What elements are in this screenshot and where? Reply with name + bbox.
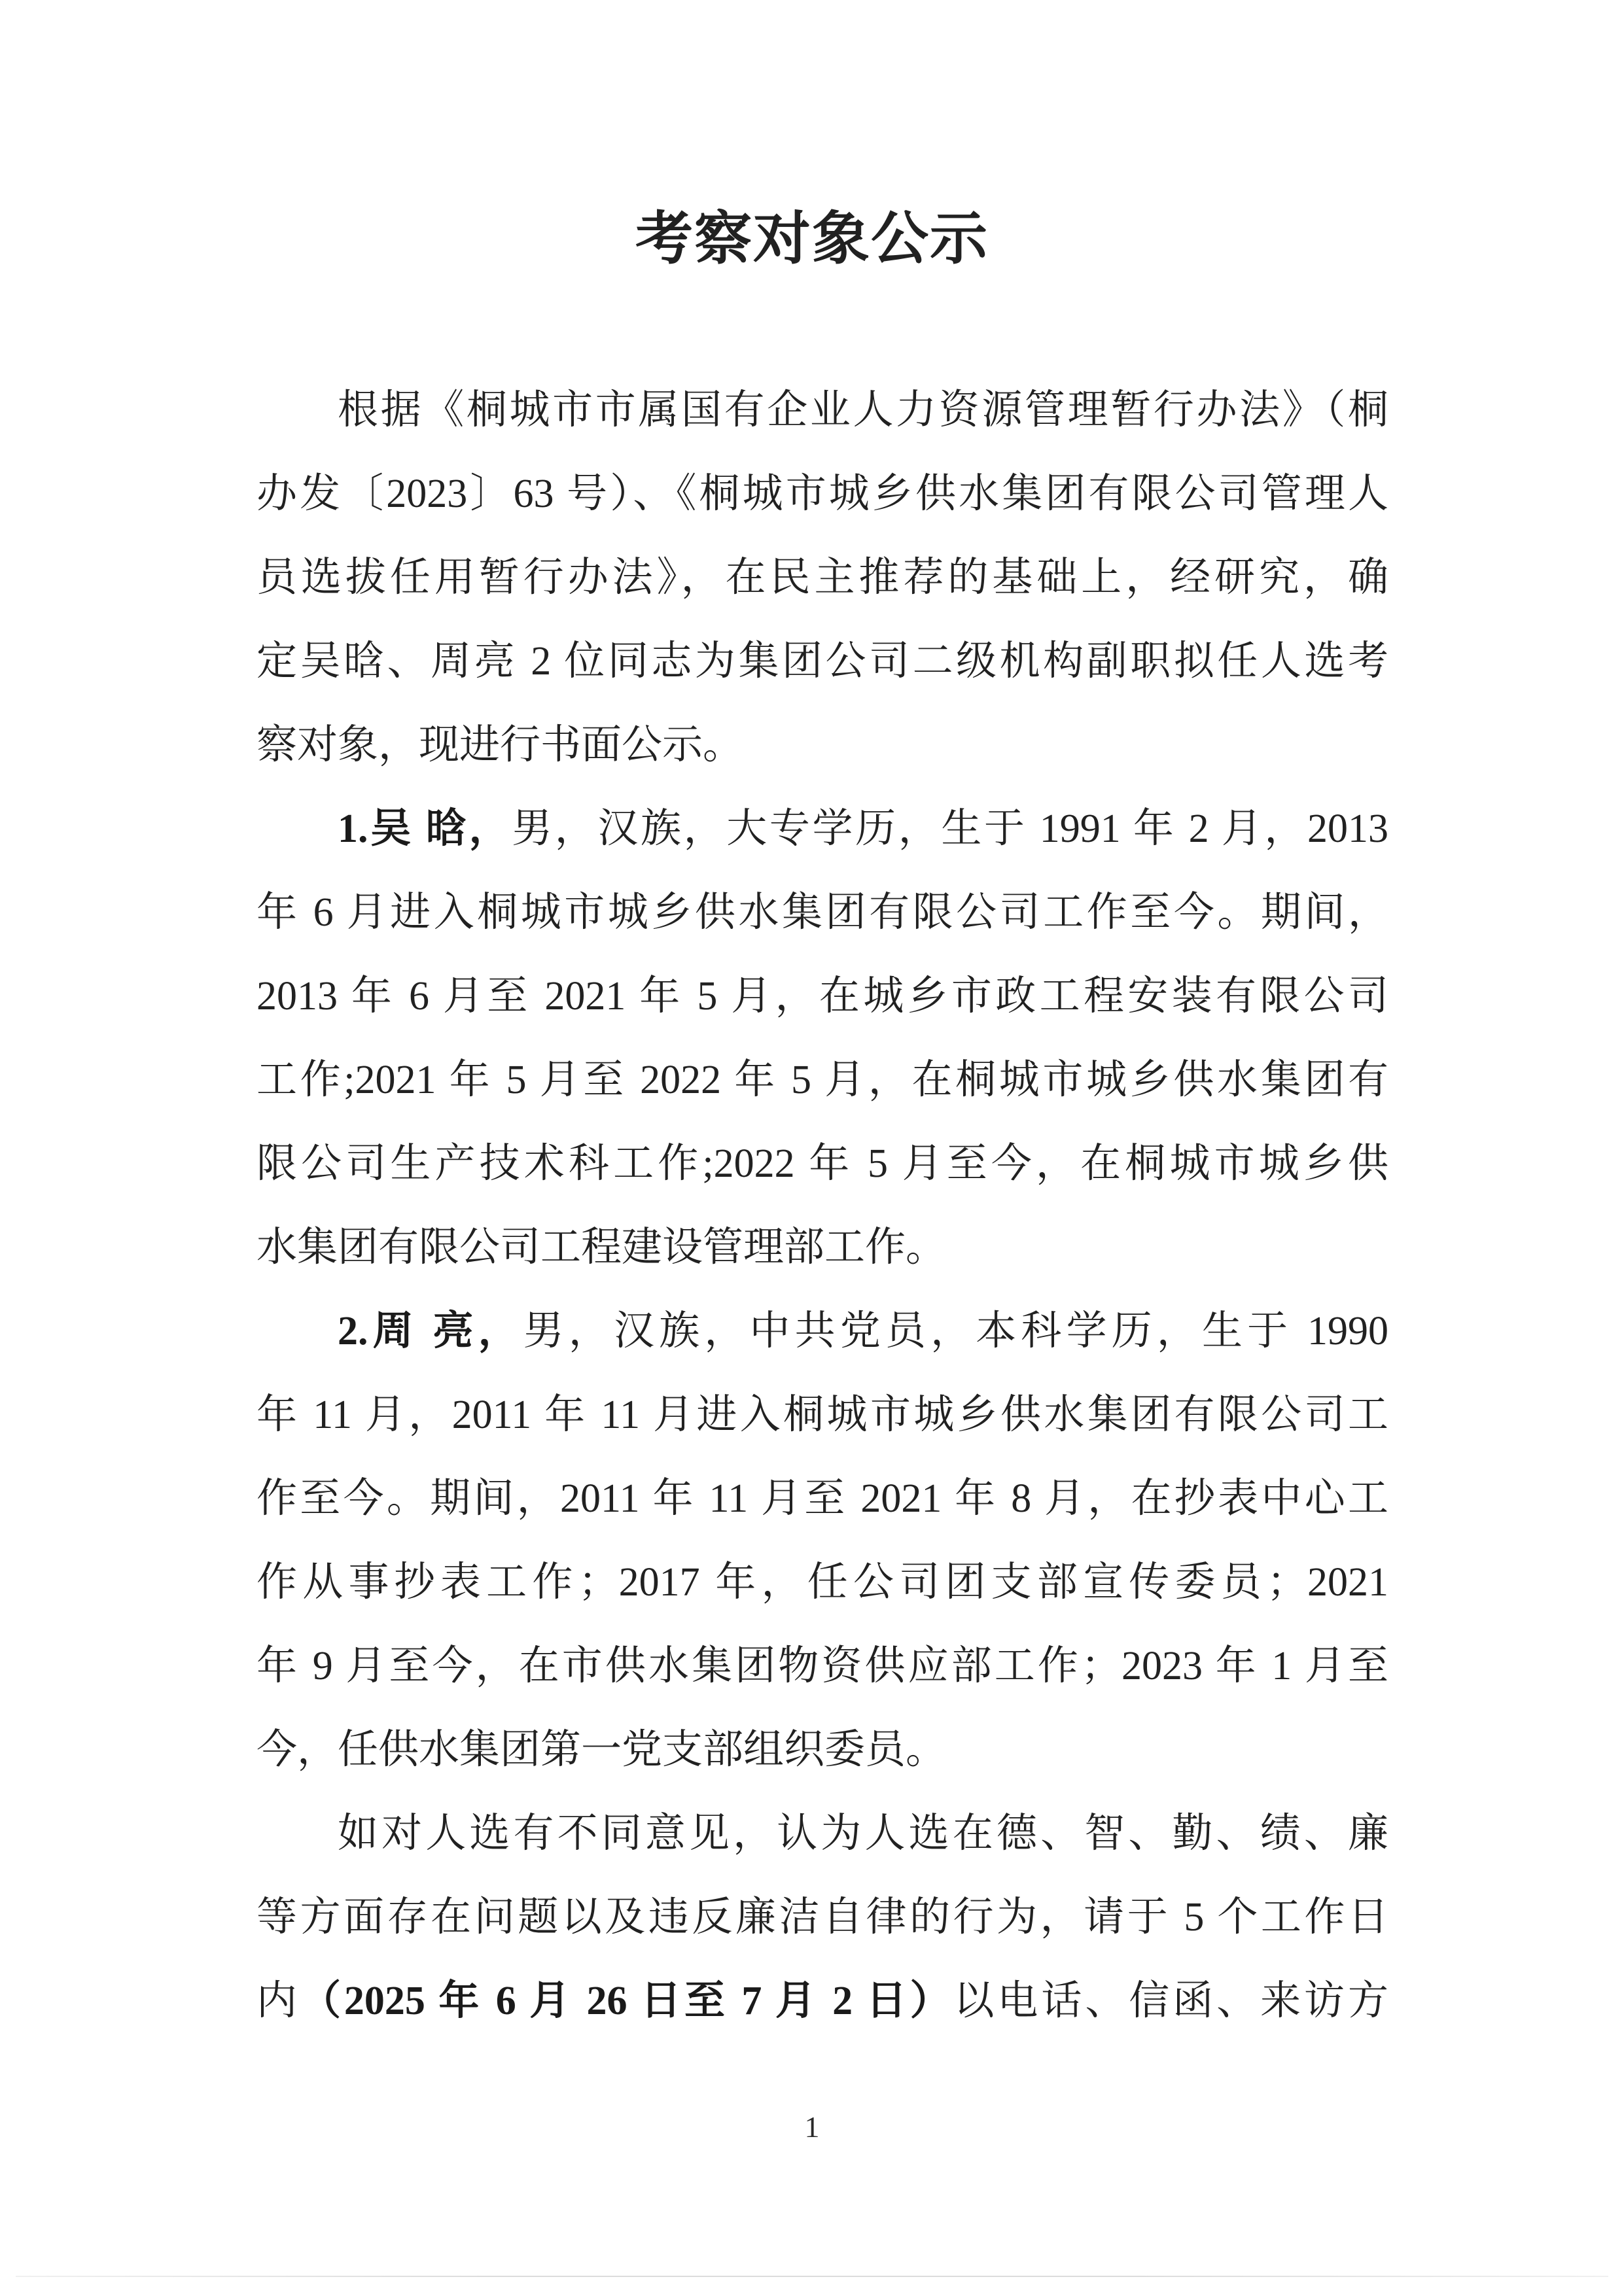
- text-line: 办发〔2023〕63 号）、《桐城市城乡供水集团有限公司管理人: [256, 452, 1388, 536]
- text-line: 1.吴 晗，男，汉族，大专学历，生于 1991 年 2 月，2013: [256, 787, 1388, 871]
- document-title: 考察对象公示: [0, 198, 1624, 283]
- text-segment: 员选拔任用暂行办法》，在民主推荐的基础上，经研究，确: [256, 555, 1388, 600]
- text-line: 根据《桐城市市属国有企业人力资源管理暂行办法》（桐: [256, 368, 1388, 452]
- text-segment: 办发〔2023〕63 号）、《桐城市城乡供水集团有限公司管理人: [256, 472, 1388, 516]
- bold-text-segment: （2025 年 6 月 26 日至 7 月 2 日）: [300, 1979, 954, 2023]
- text-segment: 今，任供水集团第一党支部组织委员。: [256, 1728, 946, 1772]
- text-segment: 定吴晗、周亮 2 位同志为集团公司二级机构副职拟任人选考: [256, 639, 1388, 684]
- text-segment: 内: [256, 1979, 300, 2023]
- text-line: 水集团有限公司工程建设管理部工作。: [256, 1206, 1388, 1289]
- text-segment: 限公司生产技术科工作;2022 年 5 月至今，在桐城市城乡供: [256, 1141, 1388, 1186]
- text-line: 2013 年 6 月至 2021 年 5 月，在城乡市政工程安装有限公司: [256, 954, 1388, 1038]
- text-segment: 工作;2021 年 5 月至 2022 年 5 月，在桐城市城乡供水集团有: [256, 1058, 1388, 1102]
- document-body: 根据《桐城市市属国有企业人力资源管理暂行办法》（桐办发〔2023〕63 号）、《…: [256, 368, 1388, 2043]
- text-line: 作从事抄表工作；2017 年，任公司团支部宣传委员；2021: [256, 1540, 1388, 1624]
- text-segment: 作至今。期间，2011 年 11 月至 2021 年 8 月，在抄表中心工: [256, 1476, 1388, 1521]
- page-bottom-edge: [16, 2276, 1608, 2277]
- text-line: 作至今。期间，2011 年 11 月至 2021 年 8 月，在抄表中心工: [256, 1457, 1388, 1540]
- text-line: 年 6 月进入桐城市城乡供水集团有限公司工作至今。期间，: [256, 871, 1388, 954]
- text-segment: 2013 年 6 月至 2021 年 5 月，在城乡市政工程安装有限公司: [256, 974, 1388, 1018]
- text-segment: 年 9 月至今，在市供水集团物资供应部工作；2023 年 1 月至: [256, 1644, 1388, 1688]
- text-segment: 以电话、信函、来访方: [953, 1979, 1388, 2023]
- text-line: 2.周 亮，男，汉族，中共党员，本科学历，生于 1990: [256, 1289, 1388, 1373]
- text-segment: 根据《桐城市市属国有企业人力资源管理暂行办法》（桐: [338, 388, 1388, 432]
- text-segment: 等方面存在问题以及违反廉洁自律的行为，请于 5 个工作日: [256, 1895, 1388, 1939]
- text-line: 如对人选有不同意见，认为人选在德、智、勤、绩、廉: [256, 1792, 1388, 1875]
- text-line: 员选拔任用暂行办法》，在民主推荐的基础上，经研究，确: [256, 536, 1388, 619]
- bold-text-segment: 1.吴 晗，: [338, 807, 512, 851]
- text-segment: 察对象，现进行书面公示。: [256, 723, 743, 767]
- text-segment: 男，汉族，中共党员，本科学历，生于 1990: [523, 1309, 1388, 1353]
- text-line: 等方面存在问题以及违反廉洁自律的行为，请于 5 个工作日: [256, 1875, 1388, 1959]
- bold-text-segment: 2.周 亮，: [338, 1309, 523, 1353]
- text-line: 内（2025 年 6 月 26 日至 7 月 2 日）以电话、信函、来访方: [256, 1959, 1388, 2043]
- text-line: 定吴晗、周亮 2 位同志为集团公司二级机构副职拟任人选考: [256, 619, 1388, 703]
- text-segment: 水集团有限公司工程建设管理部工作。: [256, 1225, 946, 1270]
- text-segment: 男，汉族，大专学历，生于 1991 年 2 月，2013: [512, 807, 1388, 851]
- text-segment: 如对人选有不同意见，认为人选在德、智、勤、绩、廉: [338, 1811, 1388, 1856]
- text-segment: 年 6 月进入桐城市城乡供水集团有限公司工作至今。期间，: [256, 890, 1388, 935]
- text-line: 限公司生产技术科工作;2022 年 5 月至今，在桐城市城乡供: [256, 1122, 1388, 1206]
- text-segment: 作从事抄表工作；2017 年，任公司团支部宣传委员；2021: [256, 1560, 1388, 1605]
- page-number: 1: [0, 2108, 1624, 2147]
- text-segment: 年 11 月，2011 年 11 月进入桐城市城乡供水集团有限公司工: [256, 1393, 1388, 1437]
- text-line: 年 11 月，2011 年 11 月进入桐城市城乡供水集团有限公司工: [256, 1373, 1388, 1457]
- document-page: 考察对象公示 根据《桐城市市属国有企业人力资源管理暂行办法》（桐办发〔2023〕…: [0, 0, 1624, 2296]
- text-line: 今，任供水集团第一党支部组织委员。: [256, 1708, 1388, 1792]
- text-line: 察对象，现进行书面公示。: [256, 703, 1388, 787]
- text-line: 工作;2021 年 5 月至 2022 年 5 月，在桐城市城乡供水集团有: [256, 1038, 1388, 1122]
- text-line: 年 9 月至今，在市供水集团物资供应部工作；2023 年 1 月至: [256, 1624, 1388, 1708]
